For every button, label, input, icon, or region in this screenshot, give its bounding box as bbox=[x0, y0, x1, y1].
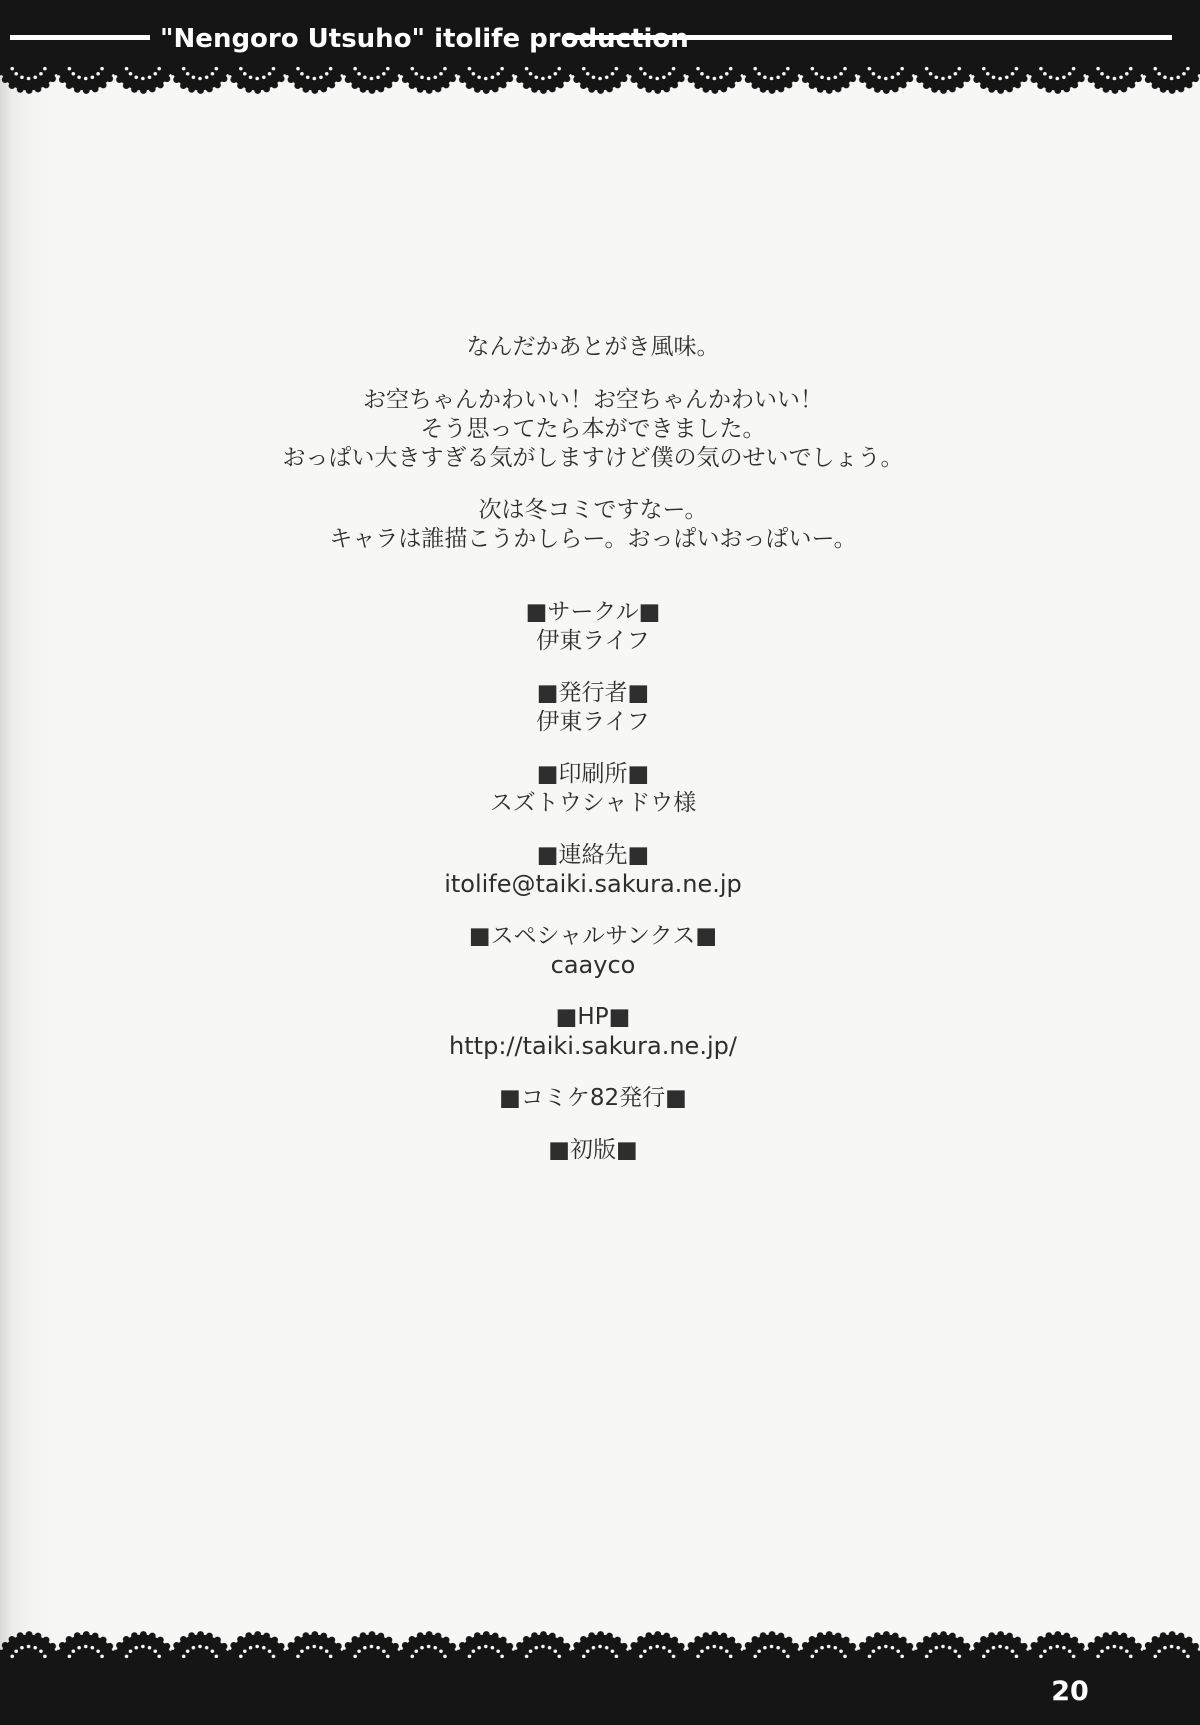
afterword-content: なんだかあとがき風味。 お空ちゃんかわいい！お空ちゃんかわいい！ そう思ってたら… bbox=[0, 333, 1186, 1188]
credit-label: ■スペシャルサンクス■ bbox=[0, 922, 1186, 951]
credit-value: 伊東ライフ bbox=[0, 627, 1186, 656]
afterword-line: お空ちゃんかわいい！お空ちゃんかわいい！ bbox=[0, 386, 1186, 415]
credit-special-thanks: ■スペシャルサンクス■ caayco bbox=[0, 922, 1186, 980]
credit-homepage: ■HP■ http://taiki.sakura.ne.jp/ bbox=[0, 1003, 1186, 1061]
doujin-colophon-page: "Nengoro Utsuho" itolife production なんだか… bbox=[0, 0, 1200, 1725]
credit-contact-email: itolife@taiki.sakura.ne.jp bbox=[0, 870, 1186, 899]
credits-list: ■サークル■ 伊東ライフ ■発行者■ 伊東ライフ ■印刷所■ スズトウシャドウ様… bbox=[0, 598, 1186, 1165]
credit-label: ■印刷所■ bbox=[0, 760, 1186, 789]
afterword-paragraph: お空ちゃんかわいい！お空ちゃんかわいい！ そう思ってたら本ができました。 おっぱ… bbox=[0, 386, 1186, 473]
credit-label: ■連絡先■ bbox=[0, 841, 1186, 870]
credit-contact: ■連絡先■ itolife@taiki.sakura.ne.jp bbox=[0, 841, 1186, 899]
credit-edition: ■初版■ bbox=[0, 1136, 1186, 1165]
credit-publisher: ■発行者■ 伊東ライフ bbox=[0, 679, 1186, 737]
credit-label: ■初版■ bbox=[0, 1136, 1186, 1165]
afterword-line: そう思ってたら本ができました。 bbox=[0, 415, 1186, 444]
afterword-line: 次は冬コミですなー。 bbox=[0, 496, 1186, 525]
credit-label: ■コミケ82発行■ bbox=[0, 1084, 1186, 1113]
credit-event: ■コミケ82発行■ bbox=[0, 1084, 1186, 1113]
afterword-paragraph: 次は冬コミですなー。 キャラは誰描こうかしらー。おっぱいおっぱいー。 bbox=[0, 496, 1186, 554]
afterword-line: おっぱい大きすぎる気がしますけど僕の気のせいでしょう。 bbox=[0, 444, 1186, 473]
credit-value: caayco bbox=[0, 951, 1186, 980]
header-title: "Nengoro Utsuho" itolife production bbox=[160, 24, 550, 54]
lace-border-bottom bbox=[0, 1625, 1200, 1725]
afterword-line: なんだかあとがき風味。 bbox=[467, 334, 720, 360]
credit-homepage-url: http://taiki.sakura.ne.jp/ bbox=[0, 1032, 1186, 1061]
credit-label: ■HP■ bbox=[0, 1003, 1186, 1032]
credit-label: ■サークル■ bbox=[0, 598, 1186, 627]
credit-value: スズトウシャドウ様 bbox=[0, 789, 1186, 818]
credit-label: ■発行者■ bbox=[0, 679, 1186, 708]
credit-value: 伊東ライフ bbox=[0, 708, 1186, 737]
header-rule-left bbox=[10, 35, 150, 40]
credit-circle: ■サークル■ 伊東ライフ bbox=[0, 598, 1186, 656]
afterword-paragraph: なんだかあとがき風味。 bbox=[0, 333, 1186, 362]
afterword-line: キャラは誰描こうかしらー。おっぱいおっぱいー。 bbox=[0, 525, 1186, 554]
credit-printer: ■印刷所■ スズトウシャドウ様 bbox=[0, 760, 1186, 818]
page-number: 20 bbox=[1038, 1676, 1102, 1707]
